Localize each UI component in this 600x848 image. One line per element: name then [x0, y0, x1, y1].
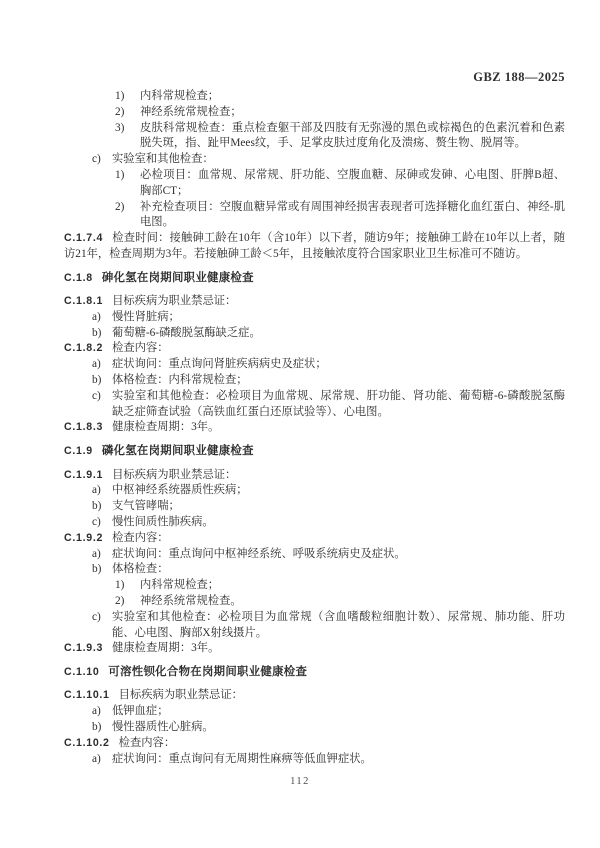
clause-label: C.1.10.1	[64, 689, 110, 701]
letter-paragraph: c)实验室和其他检查：必检项目为血常规、尿常规、肝功能、肾功能、葡萄糖-6-磷酸…	[64, 389, 565, 421]
paragraph-text: 可溶性钡化合物在岗期间职业健康检查	[108, 666, 307, 678]
letter-paragraph: b)葡萄糖-6-磷酸脱氢酶缺乏症。	[64, 326, 565, 342]
list-marker: 3)	[115, 121, 124, 137]
list-marker: b)	[92, 499, 101, 515]
section-heading: C.1.9磷化氢在岗期间职业健康检查	[64, 444, 565, 460]
letter-paragraph: a)中枢神经系统器质性疾病；	[64, 483, 565, 499]
paragraph-text: 神经系统常规检查。	[140, 595, 242, 607]
letter-paragraph: a)慢性肾脏病；	[64, 310, 565, 326]
letter-paragraph: c)慢性间质性肺疾病。	[64, 515, 565, 531]
paragraph-text: 体格检查：内科常规检查；	[112, 374, 248, 386]
num-paragraph: 1)内科常规检查；	[64, 89, 565, 105]
paragraph-text: 检查内容：	[119, 737, 176, 749]
letter-paragraph: b)慢性器质性心脏病。	[64, 720, 565, 736]
paragraph-text: 检查时间：接触砷工龄在10年（含10年）以下者，随访9年；接触砷工龄在10年以上…	[64, 232, 565, 260]
paragraph-text: 慢性间质性肺疾病。	[112, 516, 214, 528]
paragraph-text: 目标疾病为职业禁忌证：	[112, 295, 236, 307]
clause-paragraph: C.1.10.1目标疾病为职业禁忌证：	[64, 688, 565, 704]
clause-label: C.1.8.2	[64, 342, 103, 354]
list-marker: c)	[92, 389, 101, 405]
clause-label: C.1.9.1	[64, 469, 103, 481]
paragraph-text: 症状询问：重点询问有无周期性麻痹等低血钾症状。	[112, 753, 372, 765]
clause-label: C.1.9.3	[64, 642, 103, 654]
paragraph-text: 目标疾病为职业禁忌证：	[112, 469, 236, 481]
list-marker: c)	[92, 515, 101, 531]
list-marker: 2)	[115, 200, 124, 216]
num-paragraph: 2)补充检查项目：空腹血糖异常或有周围神经损害表现者可选择糖化血红蛋白、神经-肌…	[64, 200, 565, 232]
paragraph-text: 实验室和其他检查：必检项目为血常规（含血嗜酸粒细胞计数）、尿常规、肺功能、肝功能…	[112, 611, 565, 639]
paragraph-text: 内科常规检查；	[140, 579, 219, 591]
clause-label: C.1.8.3	[64, 421, 103, 433]
list-marker: 1)	[115, 578, 124, 594]
document-content: 1)内科常规检查；2)神经系统常规检查；3)皮肤科常规检查：重点检查躯干部及四肢…	[64, 89, 565, 767]
paragraph-text: 支气管哮喘；	[112, 500, 180, 512]
paragraph-text: 症状询问：重点询问肾脏疾病病史及症状；	[112, 358, 327, 370]
standard-number: GBZ 188—2025	[473, 70, 565, 84]
paragraph-text: 检查内容：	[112, 342, 169, 354]
page-number: 112	[290, 776, 310, 787]
list-marker: a)	[92, 704, 101, 720]
clause-paragraph: C.1.8.3健康检查周期：3年。	[64, 420, 565, 436]
paragraph-text: 低钾血症；	[112, 705, 169, 717]
clause-paragraph: C.1.7.4检查时间：接触砷工龄在10年（含10年）以下者，随访9年；接触砷工…	[64, 231, 565, 263]
paragraph-text: 健康检查周期：3年。	[112, 642, 219, 654]
list-marker: 1)	[115, 89, 124, 105]
num-paragraph: 3)皮肤科常规检查：重点检查躯干部及四肢有无弥漫的黑色或棕褐色的色素沉着和色素脱…	[64, 121, 565, 153]
letter-paragraph: b)体格检查：	[64, 562, 565, 578]
list-marker: c)	[92, 610, 101, 626]
paragraph-text: 磷化氢在岗期间职业健康检查	[102, 445, 254, 457]
clause-paragraph: C.1.8.2检查内容：	[64, 341, 565, 357]
list-marker: a)	[92, 357, 101, 373]
paragraph-text: 目标疾病为职业禁忌证：	[119, 689, 243, 701]
paragraph-text: 砷化氢在岗期间职业健康检查	[102, 272, 254, 284]
letter-paragraph: b)支气管哮喘；	[64, 499, 565, 515]
paragraph-text: 必检项目：血常规、尿常规、肝功能、空腹血糖、尿砷或发砷、心电图、肝脾B超、胸部C…	[140, 169, 565, 197]
document-page: GBZ 188—2025 1)内科常规检查；2)神经系统常规检查；3)皮肤科常规…	[0, 0, 600, 848]
paragraph-text: 慢性肾脏病；	[112, 311, 180, 323]
paragraph-text: 神经系统常规检查；	[140, 106, 242, 118]
clause-label: C.1.9.2	[64, 532, 103, 544]
letter-paragraph: a)症状询问：重点询问有无周期性麻痹等低血钾症状。	[64, 752, 565, 768]
document-header: GBZ 188—2025	[0, 70, 565, 85]
letter-paragraph: a)症状询问：重点询问肾脏疾病病史及症状；	[64, 357, 565, 373]
num-paragraph: 2)神经系统常规检查；	[64, 105, 565, 121]
letter-paragraph: c)实验室和其他检查：	[64, 152, 565, 168]
paragraph-text: 检查内容：	[112, 532, 169, 544]
clause-label: C.1.10	[64, 666, 99, 678]
paragraph-text: 体格检查：	[112, 563, 169, 575]
clause-paragraph: C.1.8.1目标疾病为职业禁忌证：	[64, 294, 565, 310]
letter-paragraph: a)低钾血症；	[64, 704, 565, 720]
paragraph-text: 实验室和其他检查：	[112, 153, 214, 165]
clause-paragraph: C.1.9.3健康检查周期：3年。	[64, 641, 565, 657]
section-heading: C.1.8砷化氢在岗期间职业健康检查	[64, 271, 565, 287]
list-marker: b)	[92, 326, 101, 342]
num-paragraph: 1)必检项目：血常规、尿常规、肝功能、空腹血糖、尿砷或发砷、心电图、肝脾B超、胸…	[64, 168, 565, 200]
num-paragraph: 2)神经系统常规检查。	[64, 594, 565, 610]
clause-paragraph: C.1.10.2检查内容：	[64, 736, 565, 752]
clause-label: C.1.9	[64, 445, 93, 457]
page-footer: 112	[0, 776, 600, 787]
letter-paragraph: a)症状询问：重点询问中枢神经系统、呼吸系统病史及症状。	[64, 547, 565, 563]
list-marker: a)	[92, 483, 101, 499]
clause-paragraph: C.1.9.2检查内容：	[64, 531, 565, 547]
paragraph-text: 症状询问：重点询问中枢神经系统、呼吸系统病史及症状。	[112, 548, 406, 560]
paragraph-text: 实验室和其他检查：必检项目为血常规、尿常规、肝功能、肾功能、葡萄糖-6-磷酸脱氢…	[112, 390, 565, 418]
clause-label: C.1.8.1	[64, 295, 103, 307]
list-marker: a)	[92, 547, 101, 563]
clause-paragraph: C.1.9.1目标疾病为职业禁忌证：	[64, 468, 565, 484]
list-marker: b)	[92, 720, 101, 736]
paragraph-text: 补充检查项目：空腹血糖异常或有周围神经损害表现者可选择糖化血红蛋白、神经-肌电图…	[140, 201, 565, 229]
section-heading: C.1.10可溶性钡化合物在岗期间职业健康检查	[64, 665, 565, 681]
paragraph-text: 中枢神经系统器质性疾病；	[112, 484, 248, 496]
letter-paragraph: c)实验室和其他检查：必检项目为血常规（含血嗜酸粒细胞计数）、尿常规、肺功能、肝…	[64, 610, 565, 642]
list-marker: 1)	[115, 168, 124, 184]
list-marker: c)	[92, 152, 101, 168]
list-marker: b)	[92, 562, 101, 578]
num-paragraph: 1)内科常规检查；	[64, 578, 565, 594]
paragraph-text: 慢性器质性心脏病。	[112, 721, 214, 733]
paragraph-text: 葡萄糖-6-磷酸脱氢酶缺乏症。	[112, 327, 261, 339]
list-marker: b)	[92, 373, 101, 389]
list-marker: 2)	[115, 105, 124, 121]
paragraph-text: 皮肤科常规检查：重点检查躯干部及四肢有无弥漫的黑色或棕褐色的色素沉着和色素脱失斑…	[140, 122, 565, 150]
clause-label: C.1.8	[64, 272, 93, 284]
clause-label: C.1.7.4	[64, 232, 103, 244]
letter-paragraph: b)体格检查：内科常规检查；	[64, 373, 565, 389]
list-marker: a)	[92, 310, 101, 326]
list-marker: 2)	[115, 594, 124, 610]
paragraph-text: 健康检查周期：3年。	[112, 421, 219, 433]
paragraph-text: 内科常规检查；	[140, 90, 219, 102]
list-marker: a)	[92, 752, 101, 768]
clause-label: C.1.10.2	[64, 737, 110, 749]
